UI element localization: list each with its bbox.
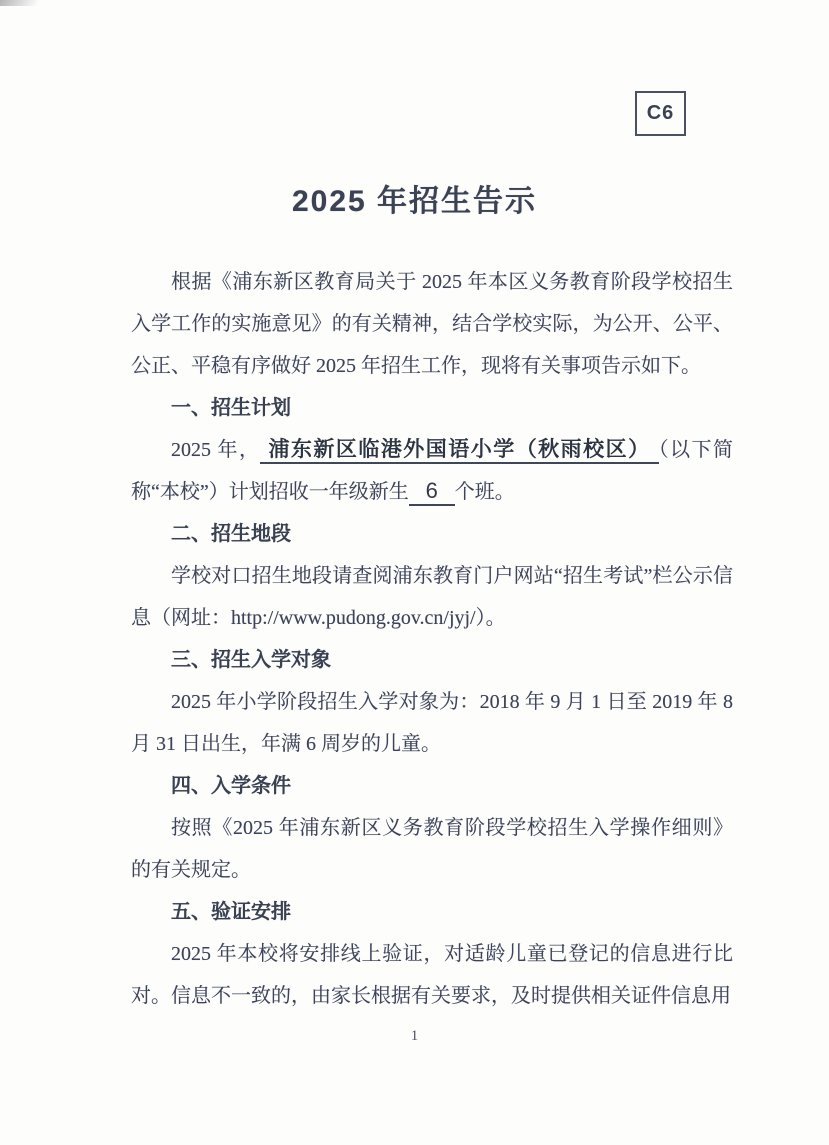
section-heading-verification: 五、验证安排 [131,891,733,933]
target-paragraph: 2025 年小学阶段招生入学对象为：2018 年 9 月 1 日至 2019 年… [131,681,733,765]
document-body: 根据《浦东新区教育局关于 2025 年本区义务教育阶段学校招生入学工作的实施意见… [0,261,829,1017]
district-paragraph: 学校对口招生地段请查阅浦东教育门户网站“招生考试”栏公示信息（网址：http:/… [131,555,733,639]
verification-paragraph: 2025 年本校将安排线上验证，对适龄儿童已登记的信息进行比对。信息不一致的，由… [131,933,733,1017]
scanned-document-page: C6 2025 年招生告示 根据《浦东新区教育局关于 2025 年本区义务教育阶… [0,0,829,1145]
plan-suffix: 个班。 [455,481,515,503]
document-tag: C6 [647,102,675,125]
document-tag-box: C6 [635,91,686,136]
document-title: 2025 年招生告示 [0,183,829,221]
page-number: 1 [0,1028,829,1045]
section-heading-plan: 一、招生计划 [131,387,733,429]
condition-paragraph: 按照《2025 年浦东新区义务教育阶段学校招生入学操作细则》的有关规定。 [131,807,733,891]
plan-prefix: 2025 年， [171,439,260,461]
plan-paragraph: 2025 年，浦东新区临港外国语小学（秋雨校区）（以下简称“本校”）计划招收一年… [131,429,733,513]
section-heading-condition: 四、入学条件 [131,765,733,807]
intro-paragraph: 根据《浦东新区教育局关于 2025 年本区义务教育阶段学校招生入学工作的实施意见… [131,261,733,387]
scan-edge-artifact [0,0,70,6]
class-count-fill-in: 6 [409,478,455,506]
section-heading-district: 二、招生地段 [131,513,733,555]
school-name-fill-in: 浦东新区临港外国语小学（秋雨校区） [260,438,658,464]
section-heading-target: 三、招生入学对象 [131,639,733,681]
